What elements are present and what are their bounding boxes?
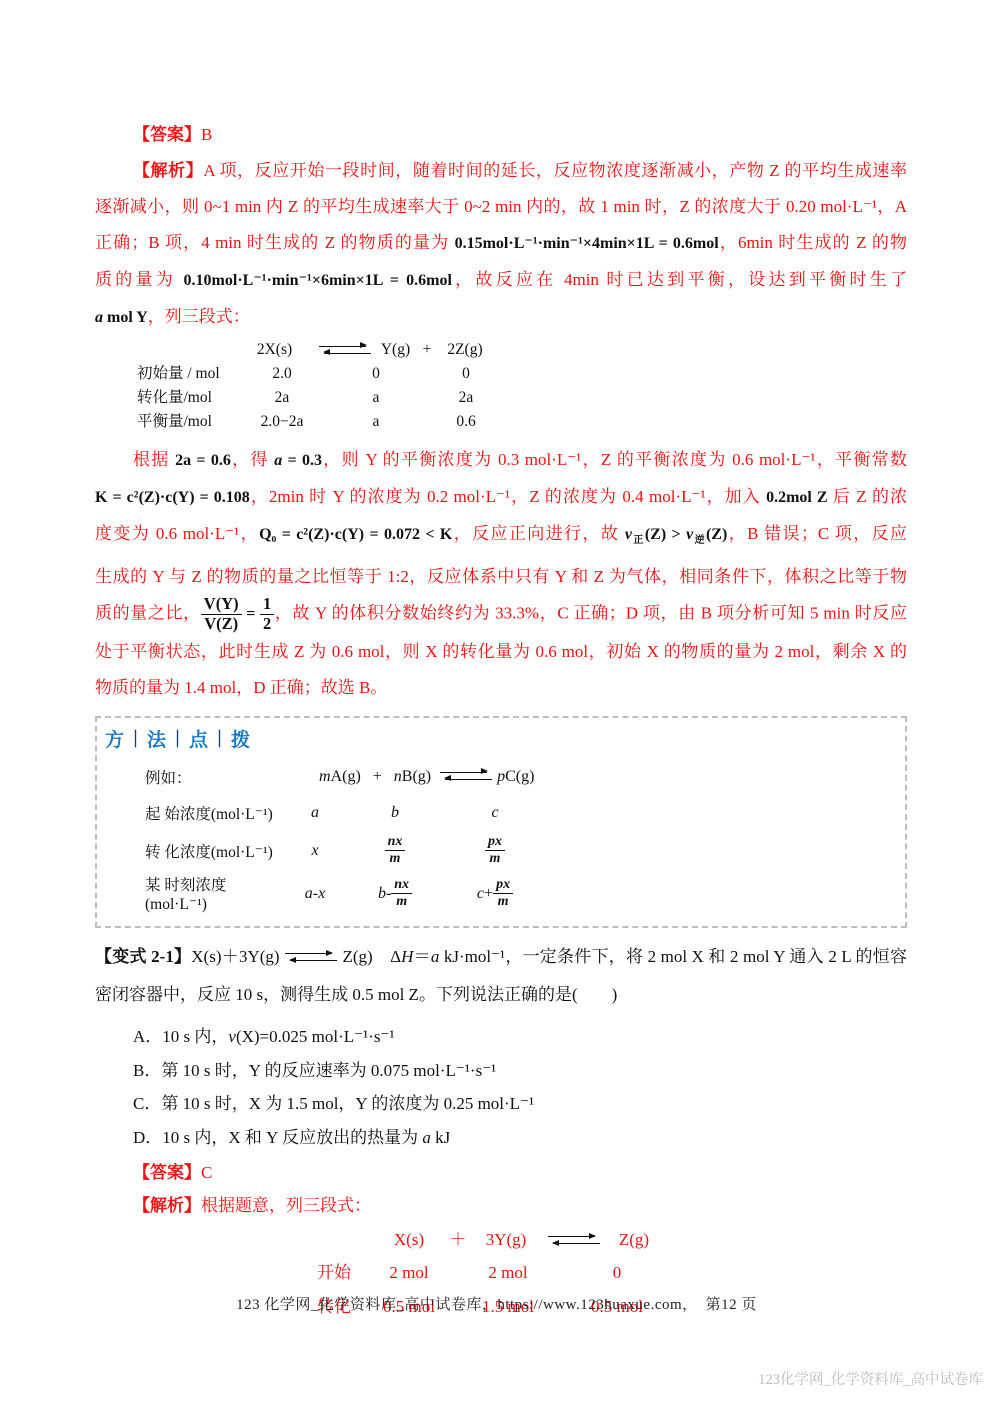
text-segment: 正 bbox=[632, 535, 645, 546]
text-segment: 后 Z 的浓 bbox=[828, 487, 907, 506]
method-cell: a bbox=[287, 804, 343, 822]
fraction: V(Y)V(Z) bbox=[201, 595, 242, 634]
text-segment: 0.10mol·L⁻¹·min⁻¹×6min×1L = 0.6mol bbox=[184, 272, 452, 289]
plus-sign: + bbox=[418, 338, 436, 362]
text-segment: ，故 Y 的体积分数始终约为 33.3%，C 正确；D 项，由 B 项分析可知 … bbox=[274, 603, 907, 622]
text-segment: C(g) bbox=[505, 768, 534, 785]
text-segment: v bbox=[625, 526, 632, 543]
method-cell: b-nxm bbox=[351, 877, 439, 910]
text-segment: B(g) bbox=[402, 768, 439, 785]
text-segment: 【解析】 bbox=[133, 161, 203, 180]
method-row: 转 化浓度(mol·L⁻¹) x nxm pxm bbox=[145, 834, 895, 867]
equilibrium-arrow-icon bbox=[439, 769, 493, 783]
text-segment: + bbox=[484, 885, 493, 903]
text-segment: 【解析】 bbox=[133, 1196, 201, 1215]
document-page: 【答案】B 【解析】A 项，反应开始一段时间，随着时间的延长，反应物浓度逐渐减小… bbox=[0, 0, 993, 1404]
method-row: 起 始浓度(mol·L⁻¹) a b c bbox=[145, 798, 895, 828]
text-line: 质的量为 0.10mol·L⁻¹·min⁻¹×6min×1L = 0.6mol，… bbox=[95, 262, 907, 299]
text-segment: p bbox=[497, 768, 505, 785]
option-a: A．10 s 内，v(X)=0.025 mol·L⁻¹·s⁻¹ bbox=[95, 1020, 907, 1054]
text-segment: A．10 s 内， bbox=[133, 1027, 228, 1046]
table-header-arrow-cell bbox=[545, 1233, 603, 1247]
text-segment: m bbox=[319, 768, 331, 785]
method-example-row: 例如： mA(g) + nB(g) pC(g) bbox=[145, 762, 895, 792]
text-segment: 处于平衡状态，此时生成 Z 为 0.6 mol，则 X 的转化量为 0.6 mo… bbox=[95, 642, 907, 661]
text-segment: ，6min 时生成的 Z 的物 bbox=[719, 233, 907, 252]
table-cell: 2 mol bbox=[465, 1256, 551, 1290]
method-cell: nxm bbox=[351, 834, 439, 867]
text-segment: 【变式 2-1】 bbox=[95, 947, 191, 966]
text-segment: 法 bbox=[147, 730, 166, 751]
table-cell: 2.0−2a bbox=[232, 410, 332, 434]
text-segment: ＝ bbox=[413, 947, 430, 966]
table-header-product2: 2Z(g) bbox=[436, 338, 494, 362]
text-segment: 点 bbox=[189, 730, 208, 751]
text-segment: ，故反应在 4min 时已达到平衡，设达到平衡时生了 bbox=[452, 270, 907, 289]
text-segment: 0.15mol·L⁻¹·min⁻¹×4min×1L = 0.6mol bbox=[455, 235, 719, 252]
text-segment: Z(g) Δ bbox=[338, 947, 401, 966]
text-segment: 拨 bbox=[231, 730, 250, 751]
table-cell: 0 bbox=[567, 1256, 667, 1290]
table-cell: 2.0 bbox=[232, 362, 332, 386]
analysis-line-2: 【解析】根据题意，列三段式： bbox=[95, 1189, 907, 1222]
table-header-reactant2: 3Y(g) bbox=[467, 1224, 545, 1256]
text-segment: kJ bbox=[431, 1128, 450, 1147]
text-segment: ｜ bbox=[166, 730, 189, 749]
method-cell: a-x bbox=[287, 885, 343, 903]
method-row-label: 某 时刻浓度(mol·L⁻¹) bbox=[145, 873, 287, 914]
fraction: pxm bbox=[485, 834, 505, 867]
table-cell: a bbox=[332, 410, 420, 434]
text-segment: C．第 10 s 时，X 为 1.5 mol，Y 的浓度为 0.25 mol·L… bbox=[133, 1094, 534, 1113]
text-segment: mol Y bbox=[103, 309, 148, 326]
text-segment: b bbox=[391, 804, 399, 822]
method-tips-title: 方｜法｜点｜拨 bbox=[105, 726, 895, 756]
plus-sign: ＋ bbox=[449, 1224, 467, 1256]
table-header-row: 2X(s) Y(g) + 2Z(g) bbox=[137, 338, 907, 362]
text-segment: a-x bbox=[305, 885, 325, 903]
text-segment: B bbox=[201, 125, 212, 144]
text-segment: 2a = 0.6 bbox=[175, 452, 231, 469]
text-segment: c bbox=[491, 804, 498, 822]
table-cell: 0.6 bbox=[420, 410, 512, 434]
text-segment: (Z) bbox=[706, 526, 727, 543]
table-header-reactant: X(s) bbox=[369, 1224, 449, 1256]
analysis-paragraph-2: 根据 2a = 0.6，得 a = 0.3，则 Y 的平衡浓度为 0.3 mol… bbox=[95, 442, 907, 706]
table-row-label: 初始量 / mol bbox=[137, 362, 232, 386]
page-content: 【答案】B 【解析】A 项，反应开始一段时间，随着时间的延长，反应物浓度逐渐减小… bbox=[95, 116, 907, 1324]
text-segment: 度变为 0.6 mol·L⁻¹， bbox=[95, 524, 259, 543]
text-line: 物质的量为 1.4 mol，D 正确；故选 B。 bbox=[95, 670, 907, 706]
text-segment: C bbox=[201, 1163, 212, 1182]
text-segment: (Z) > bbox=[645, 526, 686, 543]
fraction: nxm bbox=[385, 834, 406, 867]
text-segment: kJ·mol⁻¹，一定条件下，将 2 mol X 和 2 mol Y 通入 2 … bbox=[439, 947, 907, 966]
method-row: 某 时刻浓度(mol·L⁻¹) a-x b-nxm c+pxm bbox=[145, 873, 895, 914]
text-segment: (X)=0.025 mol·L⁻¹·s⁻¹ bbox=[236, 1027, 395, 1046]
fraction: pxm bbox=[493, 877, 513, 910]
table-row: 开始 2 mol 2 mol 0 bbox=[317, 1256, 907, 1290]
text-line: 【解析】A 项，反应开始一段时间，随着时间的延长，反应物浓度逐渐减小，产物 Z … bbox=[95, 153, 907, 189]
text-segment: X(s)＋3Y(g) bbox=[191, 947, 284, 966]
text-segment: ｜ bbox=[124, 730, 147, 749]
text-segment: = 0.3 bbox=[282, 452, 322, 469]
analysis-paragraph-1: 【解析】A 项，反应开始一段时间，随着时间的延长，反应物浓度逐渐减小，产物 Z … bbox=[95, 153, 907, 336]
text-segment: 质的量为 bbox=[95, 270, 184, 289]
text-segment: 根据题意，列三段式： bbox=[201, 1196, 371, 1215]
method-cell: pxm bbox=[447, 834, 543, 867]
watermark-text: 123化学网_化学资料库_高中试卷库 bbox=[758, 1368, 983, 1389]
text-segment: Q₀ = c²(Z)·c(Y) = 0.072 < K bbox=[259, 526, 452, 543]
table-row-label: 开始 bbox=[317, 1256, 369, 1290]
method-cell: x bbox=[287, 842, 343, 860]
table-row: 初始量 / mol 2.0 0 0 bbox=[137, 362, 907, 386]
text-segment: = bbox=[242, 605, 260, 622]
text-segment: A 项，反应开始一段时间，随着时间的延长，反应物浓度逐渐减小，产物 Z 的平均生… bbox=[203, 161, 907, 180]
text-segment: 逐渐减小，则 0~1 min 内 Z 的平均生成速率大于 0~2 min 内的，… bbox=[95, 197, 907, 216]
text-segment: 物质的量为 1.4 mol，D 正确；故选 B。 bbox=[95, 678, 387, 697]
text-segment: ，列三段式： bbox=[148, 307, 250, 326]
text-segment: v bbox=[228, 1027, 236, 1046]
equilibrium-arrow-icon bbox=[284, 950, 338, 964]
text-segment: ，得 bbox=[231, 450, 274, 469]
method-tips-box: 方｜法｜点｜拨 例如： mA(g) + nB(g) pC(g) 起 始浓度(mo… bbox=[95, 716, 907, 928]
table-row: 平衡量/mol 2.0−2a a 0.6 bbox=[137, 410, 907, 434]
fraction: nxm bbox=[391, 877, 412, 910]
text-segment: B．第 10 s 时，Y 的反应速率为 0.075 mol·L⁻¹·s⁻¹ bbox=[133, 1061, 496, 1080]
text-line: a mol Y，列三段式： bbox=[95, 299, 907, 336]
text-segment: 根据 bbox=[133, 450, 175, 469]
variant-question-paragraph: 【变式 2-1】X(s)＋3Y(g) Z(g) ΔH＝a kJ·mol⁻¹，一定… bbox=[95, 938, 907, 1014]
method-example-formula: mA(g) + nB(g) pC(g) bbox=[287, 768, 534, 786]
text-line: 质的量之比，V(Y)V(Z) = 12，故 Y 的体积分数始终约为 33.3%，… bbox=[95, 595, 907, 634]
table-header-arrow-cell bbox=[317, 343, 373, 357]
text-segment: a bbox=[422, 1128, 431, 1147]
text-segment: 密闭容器中，反应 10 s，测得生成 0.5 mol Z。下列说法正确的是( ) bbox=[95, 985, 617, 1004]
table-header-product1: Y(g) bbox=[373, 338, 418, 362]
answer-line-1: 【答案】B bbox=[95, 116, 907, 153]
text-segment: 方 bbox=[105, 730, 124, 751]
text-segment: K = c²(Z)·c(Y) = 0.108 bbox=[95, 489, 250, 506]
text-segment: a bbox=[311, 804, 319, 822]
equilibrium-arrow-icon bbox=[547, 1233, 601, 1247]
text-segment: a bbox=[95, 309, 103, 326]
text-segment: 正确；B 项，4 min 时生成的 Z 的物质的量为 bbox=[95, 233, 455, 252]
table-cell: 0 bbox=[420, 362, 512, 386]
table-header-product: Z(g) bbox=[603, 1224, 665, 1256]
text-segment: 逆 bbox=[693, 535, 706, 546]
text-line: 【变式 2-1】X(s)＋3Y(g) Z(g) ΔH＝a kJ·mol⁻¹，一定… bbox=[95, 938, 907, 976]
text-line: 根据 2a = 0.6，得 a = 0.3，则 Y 的平衡浓度为 0.3 mol… bbox=[95, 442, 907, 479]
method-row-label: 起 始浓度(mol·L⁻¹) bbox=[145, 802, 287, 824]
text-segment: 生成的 Y 与 Z 的物质的量之比恒等于 1:2，反应体系中只有 Y 和 Z 为… bbox=[95, 567, 907, 586]
text-line: K = c²(Z)·c(Y) = 0.108，2min 时 Y 的浓度为 0.2… bbox=[95, 479, 907, 516]
table-row: 转化量/mol 2a a 2a bbox=[137, 386, 907, 410]
text-segment: 0.2mol Z bbox=[766, 489, 828, 506]
table-row-label: 平衡量/mol bbox=[137, 410, 232, 434]
text-segment: A(g) + bbox=[331, 768, 394, 785]
text-segment: D．10 s 内，X 和 Y 反应放出的热量为 bbox=[133, 1128, 422, 1147]
text-line: 正确；B 项，4 min 时生成的 Z 的物质的量为 0.15mol·L⁻¹·m… bbox=[95, 225, 907, 262]
method-row-label: 转 化浓度(mol·L⁻¹) bbox=[145, 840, 287, 862]
options-list: A．10 s 内，v(X)=0.025 mol·L⁻¹·s⁻¹ B．第 10 s… bbox=[95, 1020, 907, 1154]
text-segment bbox=[287, 768, 319, 785]
answer-line-2: 【答案】C bbox=[95, 1156, 907, 1189]
method-cell: c bbox=[447, 804, 543, 822]
text-segment: ，则 Y 的平衡浓度为 0.3 mol·L⁻¹，Z 的平衡浓度为 0.6 mol… bbox=[322, 450, 907, 469]
text-line: 生成的 Y 与 Z 的物质的量之比恒等于 1:2，反应体系中只有 Y 和 Z 为… bbox=[95, 559, 907, 595]
text-segment: ，反应正向进行，故 bbox=[452, 524, 625, 543]
text-segment: 【答案】 bbox=[133, 1163, 201, 1182]
method-row-label: 例如： bbox=[145, 766, 287, 788]
option-d: D．10 s 内，X 和 Y 反应放出的热量为 a kJ bbox=[95, 1121, 907, 1155]
text-line: 密闭容器中，反应 10 s，测得生成 0.5 mol Z。下列说法正确的是( ) bbox=[95, 976, 907, 1014]
text-segment: x bbox=[311, 842, 318, 860]
table-cell: 2a bbox=[420, 386, 512, 410]
text-segment: H bbox=[401, 947, 413, 966]
text-line: 处于平衡状态，此时生成 Z 为 0.6 mol，则 X 的转化量为 0.6 mo… bbox=[95, 634, 907, 670]
text-segment: c bbox=[477, 885, 484, 903]
text-segment: 【答案】 bbox=[133, 125, 201, 144]
text-segment: ，2min 时 Y 的浓度为 0.2 mol·L⁻¹，Z 的浓度为 0.4 mo… bbox=[250, 487, 766, 506]
text-line: 度变为 0.6 mol·L⁻¹，Q₀ = c²(Z)·c(Y) = 0.072 … bbox=[95, 516, 907, 559]
table-cell: 2 mol bbox=[369, 1256, 449, 1290]
method-cell: c+pxm bbox=[447, 877, 543, 910]
method-cell: b bbox=[351, 804, 439, 822]
text-line: 逐渐减小，则 0~1 min 内 Z 的平均生成速率大于 0~2 min 内的，… bbox=[95, 189, 907, 225]
table-header-row: X(s) ＋ 3Y(g) Z(g) bbox=[317, 1224, 907, 1256]
table-row-label: 转化量/mol bbox=[137, 386, 232, 410]
text-segment: ｜ bbox=[208, 730, 231, 749]
three-line-table-1: 2X(s) Y(g) + 2Z(g) 初始量 / mol 2.0 0 0 转化量… bbox=[137, 338, 907, 434]
option-c: C．第 10 s 时，X 为 1.5 mol，Y 的浓度为 0.25 mol·L… bbox=[95, 1087, 907, 1121]
fraction: 12 bbox=[260, 595, 274, 634]
text-segment: b bbox=[378, 885, 386, 903]
option-b: B．第 10 s 时，Y 的反应速率为 0.075 mol·L⁻¹·s⁻¹ bbox=[95, 1054, 907, 1088]
method-tips-table: 例如： mA(g) + nB(g) pC(g) 起 始浓度(mol·L⁻¹) a… bbox=[145, 762, 895, 914]
text-segment: 质的量之比， bbox=[95, 603, 201, 622]
table-cell: 0 bbox=[332, 362, 420, 386]
table-header-reactant: 2X(s) bbox=[232, 338, 317, 362]
text-segment: ，B 错误；C 项，反应 bbox=[727, 524, 907, 543]
equilibrium-arrow-icon bbox=[318, 343, 372, 357]
table-cell: 2a bbox=[232, 386, 332, 410]
table-cell: a bbox=[332, 386, 420, 410]
footer-text: 123 化学网_化学资料库_高中试卷库，https://www.123huaxu… bbox=[0, 1293, 993, 1314]
text-segment: n bbox=[394, 768, 402, 785]
